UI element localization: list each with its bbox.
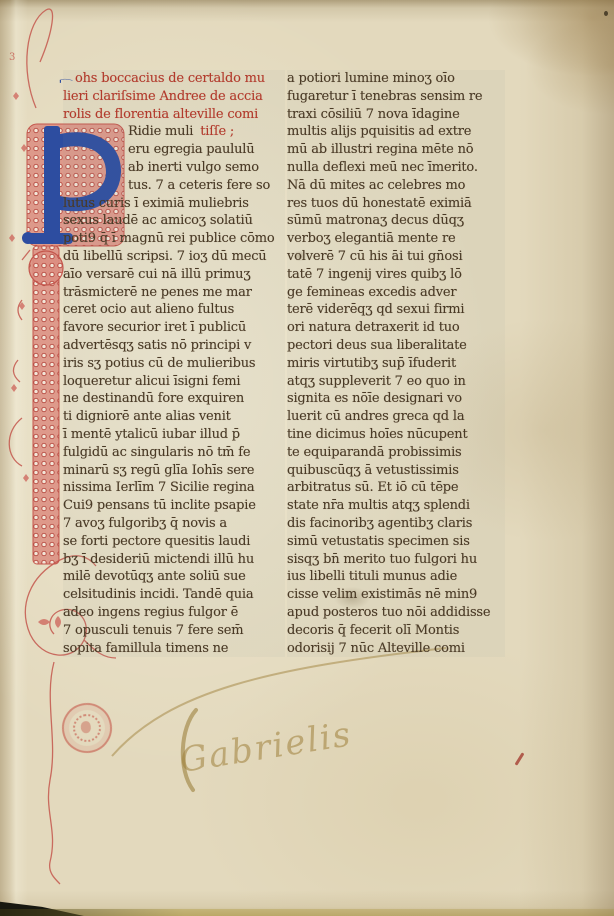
text-line: sisqʒ bn̄ merito tuo fulgori hu [287, 551, 505, 569]
text-line: decoris q̄ fecerit olī Montis [287, 622, 505, 640]
text-line: ge femineas excedis adver [287, 284, 505, 302]
text-line: favore securior iret ī publicū [63, 319, 285, 337]
text-line: ab inerti vulgo semo [128, 159, 285, 177]
text-line: tus. 7 a ceteris fere so [128, 177, 285, 195]
text-line-ink: Ridie muli [128, 124, 193, 139]
text-line: dū libellū scripsi. 7 ioʒ dū mecū [63, 248, 285, 266]
text-line: atqʒ suppleverit 7 eo quo in [287, 373, 505, 391]
margin-numeral: 3 [9, 52, 15, 63]
text-line: traxi cōsiliū 7 nova īdagine [287, 106, 505, 124]
text-line: volverē 7 cū his āi tui gn̄osi [287, 248, 505, 266]
text-line: celsitudinis incidi. Tandē quia [63, 586, 285, 604]
penwork-diamonds [9, 92, 61, 628]
text-line: fulgidū ac singularis nō tm̄ fe [63, 444, 285, 462]
text-line: signita es nōīe designari vo [287, 390, 505, 408]
text-line: Cui9 pensans tū inclite psapie [63, 497, 285, 515]
text-line: fugaretur ī tenebras sensim re [287, 88, 505, 106]
text-line: nissima Ierlīm 7 Sicilie regina [63, 479, 285, 497]
text-line: sexus laudē ac amicoʒ solatiū [63, 212, 285, 230]
right-column-lines: a potiori lumine minoʒ oīofugaretur ī te… [287, 70, 505, 657]
text-line: simū vetustatis specimen sis [287, 533, 505, 551]
text-line: eru egregia paululū [128, 141, 285, 159]
text-line: nulla deflexi meū nec īmerito. [287, 159, 505, 177]
rubric-line: ohs boccacius de certaldo mu [63, 70, 285, 88]
text-line: ī mentē ytalicū iubar illud p̄ [63, 426, 285, 444]
text-line: tine dicimus hoīes nūcupent [287, 426, 505, 444]
text-line: advertēsqʒ satis nō principi v [63, 337, 285, 355]
round-library-stamp-icon [57, 698, 116, 757]
text-line: 7 avoʒ fulgoribʒ q̄ novis a [63, 515, 285, 533]
text-line: arbitratus sū. Et iō cū tēpe [287, 479, 505, 497]
text-line-first: Ridie mulitiſſe ; [128, 123, 285, 141]
text-line: terē viderēqʒ qd sexui firmi [287, 301, 505, 319]
text-line: poti9 q̄ ī magnū rei publice cōmo [63, 230, 285, 248]
text-line: cisse velim existimās nē min9 [287, 586, 505, 604]
text-line: verboʒ elegantiā mente re [287, 230, 505, 248]
text-line: ori natura detraxerit id tuo [287, 319, 505, 337]
right-text-column: a potiori lumine minoʒ oīofugaretur ī te… [287, 70, 505, 657]
text-line: dis facinoribʒ agentibʒ claris [287, 515, 505, 533]
text-line: multis alijs pquisitis ad extre [287, 123, 505, 141]
text-line: loqueretur alicui īsigni femi [63, 373, 285, 391]
text-line: se forti pectore quesitis laudi [63, 533, 285, 551]
text-line: milē devotūqʒ ante soliū sue [63, 568, 285, 586]
rubric-suffix: tiſſe ; [200, 124, 234, 139]
text-line: adeo ingens regius fulgor ē [63, 604, 285, 622]
text-line: trāsmicterē ne penes me mar [63, 284, 285, 302]
text-line: tatē 7 ingenij vires quibʒ lō [287, 266, 505, 284]
text-line: ne destinandū fore exquiren [63, 390, 285, 408]
text-line: apud posteros tuo nōi addidisse [287, 604, 505, 622]
text-line: 7 opusculi tenuis 7 fere sem̄ [63, 622, 285, 640]
text-line: state nr̄a multis atqʒ splendi [287, 497, 505, 515]
ownership-signature: Gabrielis [112, 648, 446, 790]
text-line: lutus curis ī eximiā muliebris [63, 195, 285, 213]
text-line: odorisij 7 nūc Alteville comi [287, 640, 505, 658]
text-line: ius libelli tituli munus adie [287, 568, 505, 586]
text-line: a potiori lumine minoʒ oīo [287, 70, 505, 88]
text-line: minarū sʒ regū glīa Iohīs sere [63, 462, 285, 480]
text-line: Nā dū mites ac celebres mo [287, 177, 505, 195]
corner-speck [604, 11, 608, 16]
rubric-text: ohs boccacius de certaldo mu [75, 70, 265, 88]
left-text-column: ohs boccacius de certaldo mu lieri clari… [63, 70, 285, 657]
rubric-line: rolis de florentia alteville comi [63, 106, 285, 124]
text-line: mū ab illustri regina mēte nō [287, 141, 505, 159]
text-line: quibuscūqʒ ā vetustissimis [287, 462, 505, 480]
red-tick-mark [515, 752, 525, 765]
signature-text: Gabrielis [177, 714, 355, 781]
text-line: aīo versarē cui nā illū primuʒ [63, 266, 285, 284]
text-line: res tuos dū honestatē eximiā [287, 195, 505, 213]
page-bottom-edge [0, 909, 614, 916]
text-line: miris virtutibʒ sup̄ īfuderit [287, 355, 505, 373]
text-line: te equiparandā probissimis [287, 444, 505, 462]
text-line: pectori deus sua liberalitate [287, 337, 505, 355]
text-line: sopita famillula timens ne [63, 640, 285, 658]
manuscript-page: Gabrielis ohs boccacius de certaldo mu l… [0, 0, 614, 916]
rubric-line: lieri clariſsime Andree de accia [63, 88, 285, 106]
text-line: sūmū matronaʒ decus dūqʒ [287, 212, 505, 230]
text-line: ceret ocio aut alieno fultus [63, 301, 285, 319]
text-line: iris sʒ potius cū de mulieribus [63, 355, 285, 373]
text-line: ti digniorē ante alias venit [63, 408, 285, 426]
text-line: bʒ ī desideriū mictendi illū hu [63, 551, 285, 569]
left-column-lines: eru egregia paululūab inerti vulgo semot… [63, 141, 285, 657]
text-line: luerit cū andres greca qd la [287, 408, 505, 426]
